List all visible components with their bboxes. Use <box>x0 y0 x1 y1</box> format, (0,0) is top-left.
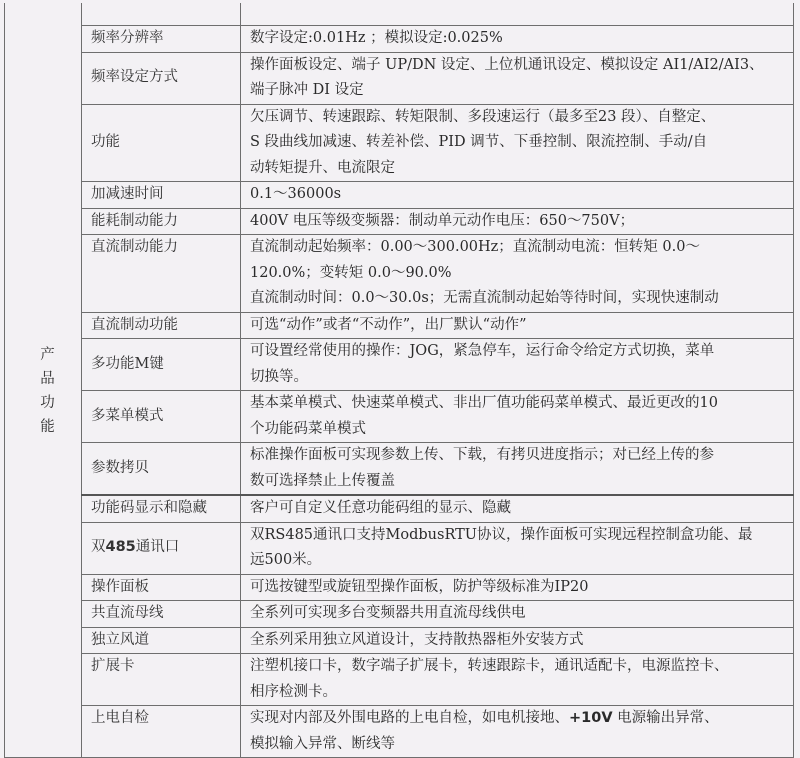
spec-value: 可选按键型或旋钮型操作面板，防护等级标准为IP20 <box>241 574 794 601</box>
spec-value-line: 数可选择禁止上传覆盖 <box>250 469 793 495</box>
table-row: 加减速时间 0.1～36000s <box>5 182 794 209</box>
spec-name: 独立风道 <box>82 627 241 654</box>
spec-name: 加减速时间 <box>82 182 241 209</box>
spec-value: 实现对内部及外围电路的上电自检，如电机接地、+10V 电源输出异常、 模拟输入异… <box>241 706 794 721</box>
spec-value-line: 相序检测卡。 <box>250 680 793 706</box>
table-row: 扩展卡 注塑机接口卡，数字端子扩展卡，转速跟踪卡，通讯适配卡，电源监控卡、 相序… <box>5 654 794 706</box>
table-row: 产 品 功 能 频率分辨率 数字设定:0.01Hz ；模拟设定:0.025% <box>5 26 794 53</box>
spec-value-line: 全系列采用独立风道设计，支持散热器柜外安装方式 <box>250 628 793 654</box>
spec-value-line: 0.1～36000s <box>250 182 793 208</box>
spec-value-line: 400V 电压等级变频器：制动单元动作电压：650～750V； <box>250 209 793 235</box>
spec-value-part: 实现对内部及外围电路的上电自检，如电机接地、 <box>250 710 569 720</box>
spec-name: 多菜单模式 <box>82 391 241 443</box>
spec-value-line: 全系列可实现多台变频器共用直流母线供电 <box>250 601 793 627</box>
spec-value-line: 可选“动作”或者“不动作”，出厂默认“动作” <box>250 313 793 339</box>
spec-value: 全系列可实现多台变频器共用直流母线供电 <box>241 601 794 628</box>
table-row: 共直流母线 全系列可实现多台变频器共用直流母线供电 <box>5 601 794 628</box>
spec-value: 双RS485通讯口支持ModbusRTU协议，操作面板可实现远程控制盒功能、最 … <box>241 522 794 574</box>
spec-name-part: 双 <box>91 539 106 555</box>
spec-name: 频率分辨率 <box>82 26 241 53</box>
spec-value-line: 个功能码菜单模式 <box>250 417 793 443</box>
group-label-char: 功 <box>14 391 81 415</box>
spec-value-part: 电源输出异常、 <box>613 710 719 720</box>
spec-value: 0.1～36000s <box>241 182 794 209</box>
spec-value-line: 直流制动时间：0.0～30.0s；无需直流制动起始等待时间，实现快速制动 <box>250 286 793 312</box>
value-cell-top <box>241 3 794 26</box>
spec-value-line: 操作面板设定、端子 UP/DN 设定、上位机通讯设定、模拟设定 AI1/AI2/… <box>250 53 793 79</box>
spec-value-line: 120.0%；变转矩 0.0～90.0% <box>250 261 793 287</box>
spec-value-line: 注塑机接口卡，数字端子扩展卡，转速跟踪卡，通讯适配卡，电源监控卡、 <box>250 654 793 680</box>
table-row: 多功能M键 可设置经常使用的操作：JOG，紧急停车，运行命令给定方式切换，菜单 … <box>5 339 794 391</box>
group-label-cell: 产 品 功 能 <box>5 26 82 721</box>
name-cell-top <box>82 3 241 26</box>
group-label-char: 品 <box>14 367 81 391</box>
spec-name: 功能码显示和隐藏 <box>82 495 241 522</box>
spec-value: 标准操作面板可实现参数上传、下载，有拷贝进度指示；对已经上传的参 数可选择禁止上… <box>241 443 794 496</box>
spec-value: 直流制动起始频率：0.00～300.00Hz；直流制动电流：恒转矩 0.0～ 1… <box>241 235 794 313</box>
spec-value-line: 欠压调节、转速跟踪、转矩限制、多段速运行（最多至23 段）、自整定、 <box>250 105 793 131</box>
table-row: 多菜单模式 基本菜单模式、快速菜单模式、非出厂值功能码菜单模式、最近更改的10 … <box>5 391 794 443</box>
table-row-top-strip <box>5 3 794 26</box>
spec-value-line: 数字设定:0.01Hz ；模拟设定:0.025% <box>250 26 793 52</box>
spec-value-line: 动转矩提升、电流限定 <box>250 156 793 182</box>
spec-name-part: 通讯口 <box>136 539 180 555</box>
group-label-char: 产 <box>14 343 81 367</box>
table-row: 频率设定方式 操作面板设定、端子 UP/DN 设定、上位机通讯设定、模拟设定 A… <box>5 52 794 104</box>
group-label-char: 能 <box>14 415 81 439</box>
spec-value-line: S 段曲线加减速、转差补偿、PID 调节、下垂控制、限流控制、手动/自 <box>250 130 793 156</box>
spec-value-line: 直流制动起始频率：0.00～300.00Hz；直流制动电流：恒转矩 0.0～ <box>250 235 793 261</box>
spec-name: 双485通讯口 <box>82 522 241 574</box>
table-row: 直流制动功能 可选“动作”或者“不动作”，出厂默认“动作” <box>5 312 794 339</box>
spec-name: 频率设定方式 <box>82 52 241 104</box>
spec-value-line: 双RS485通讯口支持ModbusRTU协议，操作面板可实现远程控制盒功能、最 <box>250 523 793 549</box>
spec-name: 直流制动功能 <box>82 312 241 339</box>
spec-name: 直流制动能力 <box>82 235 241 313</box>
spec-value-line: 可选按键型或旋钮型操作面板，防护等级标准为IP20 <box>250 575 793 601</box>
spec-value: 基本菜单模式、快速菜单模式、非出厂值功能码菜单模式、最近更改的10 个功能码菜单… <box>241 391 794 443</box>
table-row: 双485通讯口 双RS485通讯口支持ModbusRTU协议，操作面板可实现远程… <box>5 522 794 574</box>
table-row: 能耗制动能力 400V 电压等级变频器：制动单元动作电压：650～750V； <box>5 208 794 235</box>
spec-value-line: 切换等。 <box>250 365 793 391</box>
spec-value-line: 可设置经常使用的操作：JOG，紧急停车，运行命令给定方式切换，菜单 <box>250 339 793 365</box>
spec-value-part-bold: +10V <box>569 710 613 720</box>
table-row: 上电自检 实现对内部及外围电路的上电自检，如电机接地、+10V 电源输出异常、 … <box>5 706 794 721</box>
spec-name: 扩展卡 <box>82 654 241 706</box>
table-row: 功能 欠压调节、转速跟踪、转矩限制、多段速运行（最多至23 段）、自整定、 S … <box>5 104 794 182</box>
spec-value-line: 端子脉冲 DI 设定 <box>250 78 793 104</box>
spec-value: 400V 电压等级变频器：制动单元动作电压：650～750V； <box>241 208 794 235</box>
table-row: 参数拷贝 标准操作面板可实现参数上传、下载，有拷贝进度指示；对已经上传的参 数可… <box>5 443 794 496</box>
table-row: 独立风道 全系列采用独立风道设计，支持散热器柜外安装方式 <box>5 627 794 654</box>
spec-value: 欠压调节、转速跟踪、转矩限制、多段速运行（最多至23 段）、自整定、 S 段曲线… <box>241 104 794 182</box>
spec-name: 上电自检 <box>82 706 241 721</box>
spec-value: 全系列采用独立风道设计，支持散热器柜外安装方式 <box>241 627 794 654</box>
table-row: 操作面板 可选按键型或旋钮型操作面板，防护等级标准为IP20 <box>5 574 794 601</box>
spec-name: 功能 <box>82 104 241 182</box>
spec-value: 操作面板设定、端子 UP/DN 设定、上位机通讯设定、模拟设定 AI1/AI2/… <box>241 52 794 104</box>
spec-name: 多功能M键 <box>82 339 241 391</box>
spec-value: 注塑机接口卡，数字端子扩展卡，转速跟踪卡，通讯适配卡，电源监控卡、 相序检测卡。 <box>241 654 794 706</box>
spec-value: 数字设定:0.01Hz ；模拟设定:0.025% <box>241 26 794 53</box>
table-row: 功能码显示和隐藏 客户可自定义任意功能码组的显示、隐藏 <box>5 495 794 522</box>
spec-value-line: 客户可自定义任意功能码组的显示、隐藏 <box>250 496 793 522</box>
group-label: 产 品 功 能 <box>14 343 81 439</box>
spec-table-container: 产 品 功 能 频率分辨率 数字设定:0.01Hz ；模拟设定:0.025% 频… <box>4 3 793 720</box>
spec-value: 客户可自定义任意功能码组的显示、隐藏 <box>241 495 794 522</box>
spec-name: 能耗制动能力 <box>82 208 241 235</box>
spec-value: 可选“动作”或者“不动作”，出厂默认“动作” <box>241 312 794 339</box>
spec-name: 操作面板 <box>82 574 241 601</box>
spec-value-line: 基本菜单模式、快速菜单模式、非出厂值功能码菜单模式、最近更改的10 <box>250 391 793 417</box>
group-cell-top <box>5 3 82 26</box>
spec-value-line: 实现对内部及外围电路的上电自检，如电机接地、+10V 电源输出异常、 <box>250 706 793 720</box>
table-row: 直流制动能力 直流制动起始频率：0.00～300.00Hz；直流制动电流：恒转矩… <box>5 235 794 313</box>
spec-value-line: 标准操作面板可实现参数上传、下载，有拷贝进度指示；对已经上传的参 <box>250 443 793 469</box>
spec-name: 参数拷贝 <box>82 443 241 496</box>
spec-name-part-bold: 485 <box>106 539 136 555</box>
spec-value: 可设置经常使用的操作：JOG，紧急停车，运行命令给定方式切换，菜单 切换等。 <box>241 339 794 391</box>
product-function-spec-table: 产 品 功 能 频率分辨率 数字设定:0.01Hz ；模拟设定:0.025% 频… <box>4 3 794 720</box>
spec-value-line: 远500米。 <box>250 548 793 574</box>
spec-name: 共直流母线 <box>82 601 241 628</box>
